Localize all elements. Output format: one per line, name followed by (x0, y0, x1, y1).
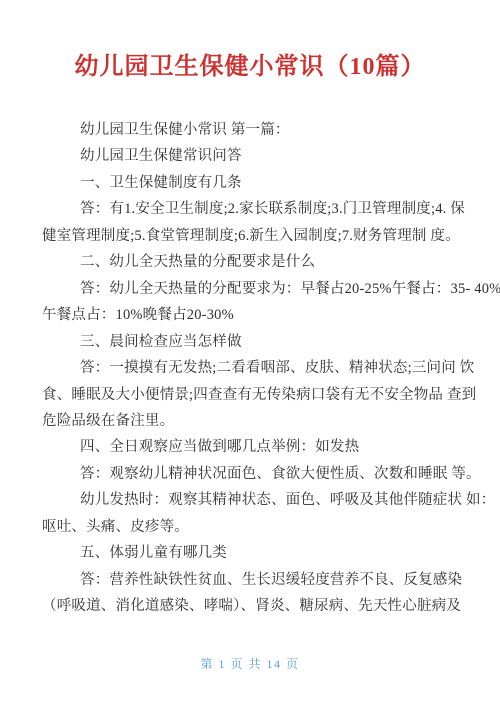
body-line: 答：观察幼儿精神状况面色、食欲大便性质、次数和睡眠 等。 (42, 461, 458, 487)
body-line: 答：幼儿全天热量的分配要求为：早餐占20-25%午餐占：35- 40% (42, 276, 458, 302)
page-number-footer: 第 1 页 共 14 页 (0, 655, 500, 673)
body-line: 健室管理制度;5.食堂管理制度;6.新生入园制度;7.财务管理制 度。 (42, 223, 458, 249)
document-body: 幼儿园卫生保健小常识 第一篇： 幼儿园卫生保健常识问答 一、卫生保健制度有几条 … (42, 117, 458, 620)
body-line: 食、睡眠及大小便情景;四查查有无传染病口袋有无不安全物品 查到 (42, 382, 458, 408)
body-line: 危险品级在备注里。 (42, 408, 458, 434)
document-page: 幼儿园卫生保健小常识（10篇） 幼儿园卫生保健小常识 第一篇： 幼儿园卫生保健常… (0, 0, 500, 707)
body-line: （呼吸道、消化道感染、哮喘）、肾炎、糖尿病、先天性心脏病及 (42, 593, 458, 619)
body-line: 三、晨间检查应当怎样做 (42, 329, 458, 355)
body-line: 幼儿园卫生保健常识问答 (42, 143, 458, 169)
body-line: 答：营养性缺铁性贫血、生长迟缓轻度营养不良、反复感染 (42, 567, 458, 593)
body-line: 一、卫生保健制度有几条 (42, 170, 458, 196)
body-line: 答：有1.安全卫生制度;2.家长联系制度;3.门卫管理制度;4. 保 (42, 196, 458, 222)
body-line: 答：一摸摸有无发热;二看看咽部、皮肤、精神状态;三问问 饮 (42, 355, 458, 381)
body-line: 四、全日观察应当做到哪几点举例：如发热 (42, 434, 458, 460)
body-line: 五、体弱儿童有哪几类 (42, 540, 458, 566)
body-line: 午餐点占：10%晚餐占20-30% (42, 302, 458, 328)
document-title: 幼儿园卫生保健小常识（10篇） (0, 50, 500, 84)
body-line: 幼儿发热时：观察其精神状态、面色、呼吸及其他伴随症状 如： (42, 487, 458, 513)
body-line: 二、幼儿全天热量的分配要求是什么 (42, 249, 458, 275)
body-line: 呕吐、头痛、皮疹等。 (42, 514, 458, 540)
body-line: 幼儿园卫生保健小常识 第一篇： (42, 117, 458, 143)
